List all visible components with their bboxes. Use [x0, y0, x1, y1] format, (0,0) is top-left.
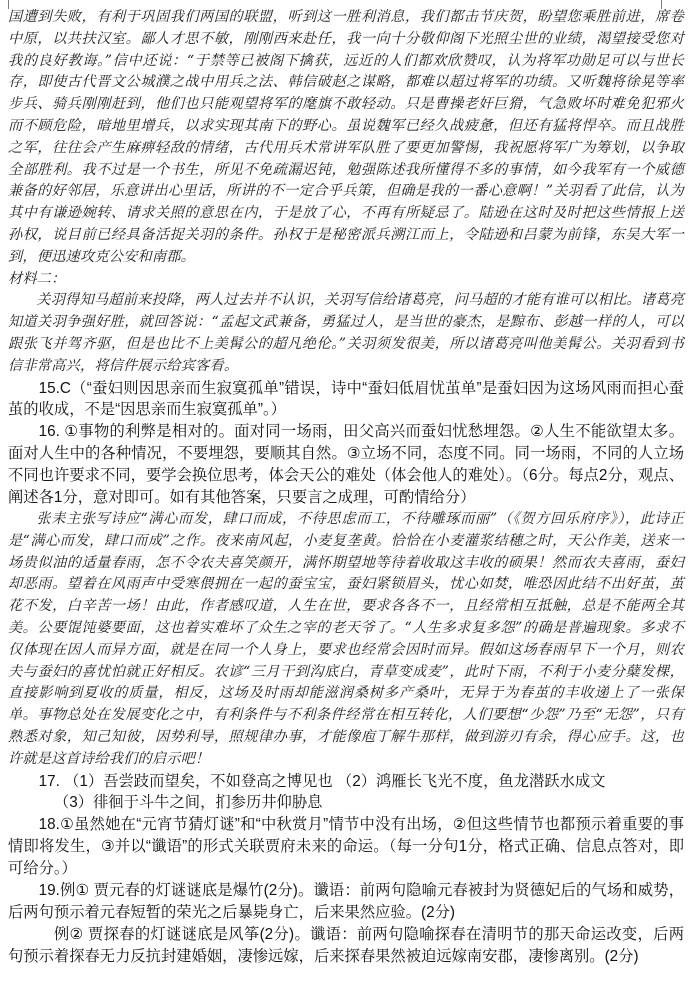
paragraph-answer-16: 16. ①事物的利弊是相对的。面对同一场雨，田父高兴而蚕妇忧愁埋怨。②人生不能欲… [8, 421, 684, 509]
paragraph-answer-18: 18.①虽然她在“元宵节猜灯谜”和“中秋赏月”情节中没有出场，②但这些情节也都预… [8, 814, 684, 880]
paragraph-answer-15: 15.C（“蚕妇则因思亲而生寂寞孤单”错误，诗中“蚕妇低眉忧茧单”是蚕妇因为这场… [8, 378, 684, 422]
document-page: 国遭到失败，有利于巩固我们两国的联盟，听到这一胜利消息，我们都击节庆贺，盼望您乘… [0, 0, 692, 988]
page-crop-mark-left [8, 0, 9, 9]
paragraph-answer-19-example-1: 19.例① 贾元春的灯谜谜底是爆竹(2分)。谶语：前两句隐喻元春被封为贤德妃后的… [8, 880, 684, 924]
paragraph-translation-2: 关羽得知马超前来投降，两人过去并不认识，关羽写信给诸葛亮，问马超的才能有谁可以相… [8, 290, 684, 377]
paragraph-answer-17-part3: （3）徘徊于斗牛之间，扪参历井仰胁息 [8, 792, 684, 814]
paragraph-translation-1-continuation: 国遭到失败，有利于巩固我们两国的联盟，听到这一胜利消息，我们都击节庆贺，盼望您乘… [8, 7, 684, 269]
page-crop-mark-right [661, 0, 662, 9]
paragraph-poem-analysis: 张耒主张写诗应“满心而发，肆口而成，不待思虑而工，不待雕琢而丽”（《贺方回乐府序… [8, 509, 684, 771]
paragraph-answer-17: 17. （1）吾尝跂而望矣，不如登高之博见也 （2）鸿雁长飞光不度，鱼龙潜跃水成… [8, 771, 684, 793]
paragraph-answer-19-example-2: 例② 贾探春的灯谜谜底是风筝(2分)。谶语：前两句隐喻探春在清明节的那天命运改变… [8, 924, 684, 968]
document-content: 国遭到失败，有利于巩固我们两国的联盟，听到这一胜利消息，我们都击节庆贺，盼望您乘… [8, 7, 684, 968]
paragraph-material-2-label: 材料二： [8, 269, 684, 291]
